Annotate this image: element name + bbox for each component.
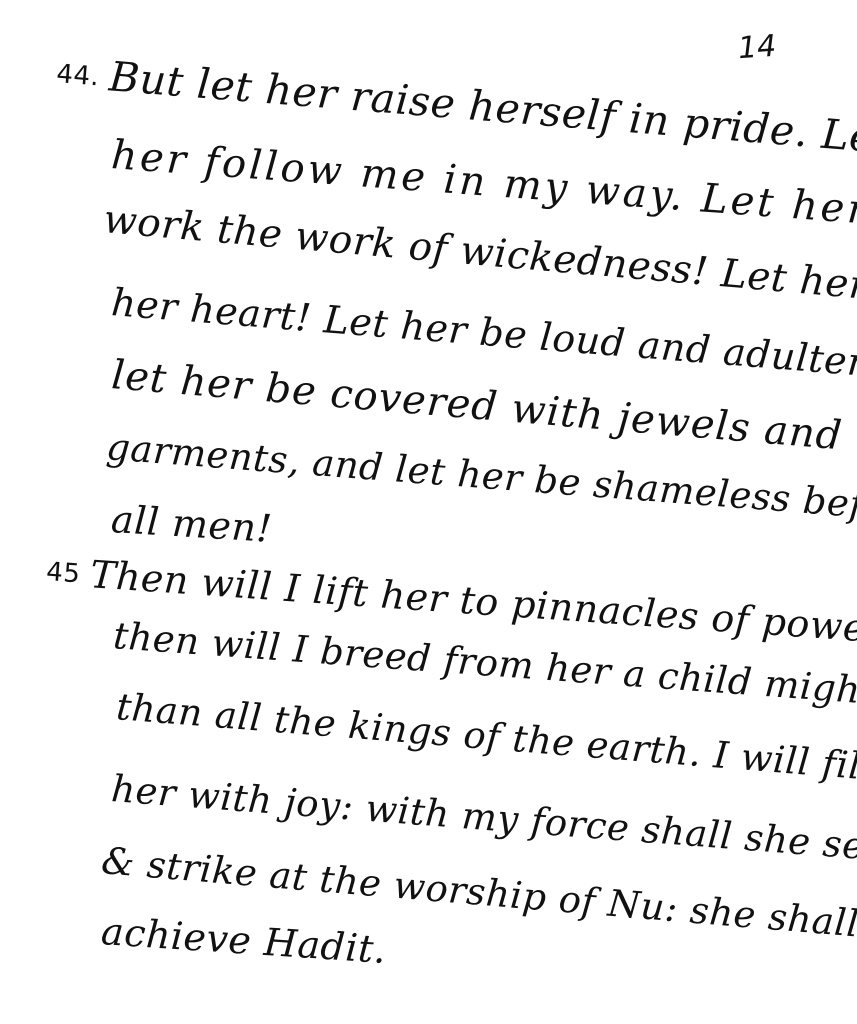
manuscript-page: 14 44.But let her raise herself in pride… — [0, 0, 857, 1024]
verse-number-44: 44. — [55, 59, 100, 92]
page-number: 14 — [737, 29, 778, 67]
verse-number-45: 45 — [45, 557, 81, 589]
verse-44-line-7: all men! — [110, 500, 273, 548]
manuscript-line: achieve Hadit. — [100, 909, 388, 972]
verse-45-line-6: achieve Hadit. — [100, 912, 388, 969]
manuscript-line: all men! — [110, 497, 274, 551]
